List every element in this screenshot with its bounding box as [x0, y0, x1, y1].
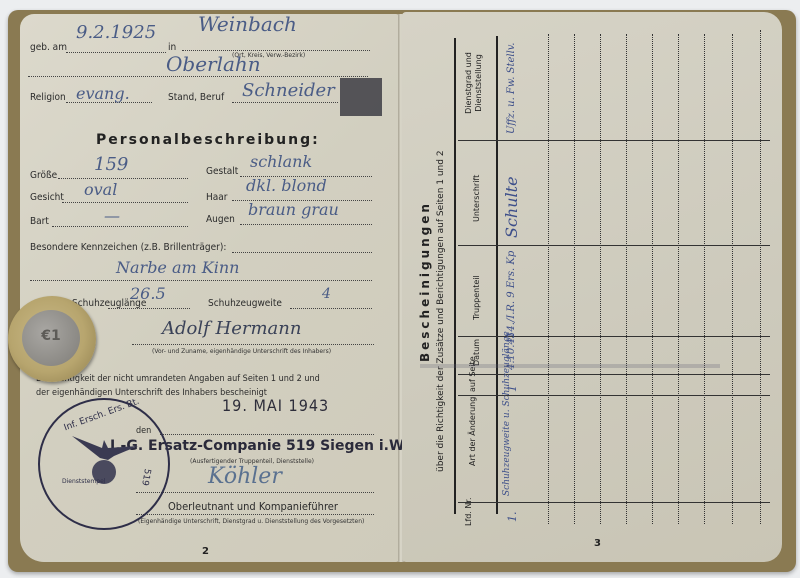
dotted-line [58, 178, 188, 179]
hair-value: dkl. blond [246, 176, 327, 195]
religion-label: Religion [30, 92, 66, 103]
dotted-line [232, 252, 372, 253]
officer-rank: Oberleutnant und Kompanieführer [168, 500, 338, 513]
page-number-left: 2 [202, 546, 209, 557]
special-marks-value: Narbe am Kinn [116, 258, 239, 277]
dotted-line [290, 308, 372, 309]
column-header-dienstgrad: Dienstgrad und Dienststellung [464, 38, 484, 128]
dotted-line [232, 102, 338, 103]
row-1-truppenteil: 14./I.R. 9 Ers. Kp [506, 251, 517, 338]
ruled-line [732, 34, 733, 524]
dotted-line [136, 514, 374, 515]
ruled-line [704, 34, 705, 524]
coin-center: €1 [22, 310, 80, 366]
official-circle-stamp: Inf. Ersch. Ers. Bt. Dienststempel 519 [38, 398, 170, 530]
redaction-block [340, 78, 382, 116]
face-label: Gesicht [30, 192, 64, 203]
build-label: Gestalt [206, 166, 238, 177]
eyes-label: Augen [206, 214, 235, 225]
ruled-line [760, 30, 761, 524]
row-1-unterschrift: Schulte [502, 176, 521, 238]
birth-date-value: 9.2.1925 [76, 22, 156, 43]
ruled-line [626, 34, 627, 524]
birth-region-value: Oberlahn [166, 52, 261, 76]
occupation-label: Stand, Beruf [168, 92, 224, 103]
ruled-line [678, 34, 679, 524]
column-header-datum: Datum [472, 339, 482, 366]
shoe-width-label: Schuhzeugweite [208, 298, 282, 309]
column-header-nr: Lfd. Nr. [464, 497, 474, 526]
dotted-line [52, 226, 188, 227]
shoe-width-value: 4 [322, 286, 331, 302]
height-label: Größe [30, 170, 57, 181]
occupation-value: Schneider [242, 80, 335, 101]
beard-label: Bart [30, 216, 49, 227]
pencil-smudge [420, 364, 720, 368]
religion-value: evang. [76, 84, 130, 103]
column-header-truppenteil: Truppenteil [472, 275, 482, 320]
officer-signature: Köhler [208, 464, 282, 489]
shoe-length-value: 26.5 [130, 284, 166, 303]
holder-signature-hint: (Vor- und Zuname, eigenhändige Unterschr… [152, 348, 331, 355]
dotted-line [136, 492, 374, 493]
stamp-side-text: 519 [139, 468, 152, 487]
dotted-line [28, 76, 368, 77]
eyes-value: braun grau [248, 200, 339, 219]
right-page [402, 12, 782, 562]
row-separator [458, 502, 770, 503]
hair-label: Haar [206, 192, 228, 203]
face-value: oval [84, 180, 117, 199]
table-left-border [454, 38, 456, 514]
stamp-date: 19. MAI 1943 [222, 396, 329, 415]
build-value: schlank [250, 152, 312, 171]
row-separator [458, 245, 770, 246]
ruled-line [652, 34, 653, 524]
dotted-line [160, 434, 374, 435]
ruled-line [548, 34, 549, 524]
column-header-art: Art der Änderung [468, 397, 478, 466]
ruled-line [600, 34, 601, 524]
birth-place-value: Weinbach [198, 12, 297, 36]
row-1-dienstgrad: Uffz. u. Fw. Stellv. [506, 43, 517, 134]
right-page-subtitle: über die Richtigkeit der Zusätze und Ber… [436, 150, 446, 472]
page-number-right: 3 [594, 538, 601, 549]
coin-face-text: €1 [22, 328, 80, 344]
certification-text-line-1: Die Richtigkeit der nicht umrandeten Ang… [36, 374, 320, 384]
column-header-unterschrift: Unterschrift [472, 175, 482, 222]
special-marks-label: Besondere Kennzeichen (z.B. Brillenträge… [30, 242, 226, 253]
ruled-line [574, 34, 575, 524]
row-1-seite: 1 [506, 385, 519, 392]
table-header-separator [496, 36, 498, 514]
dotted-line [62, 202, 188, 203]
euro-coin: €1 [8, 296, 96, 382]
holder-signature: Adolf Hermann [162, 318, 301, 339]
stamp-inner-text: Dienststempel [62, 478, 105, 485]
row-separator [458, 140, 770, 141]
birth-date-label: geb. am [30, 42, 67, 53]
row-1-nr: 1. [506, 512, 519, 523]
height-value: 159 [94, 154, 128, 175]
dotted-line [182, 50, 370, 51]
beard-value: — [104, 206, 120, 225]
dotted-line [30, 280, 372, 281]
dotted-line [108, 308, 190, 309]
dotted-line [66, 52, 166, 53]
right-page-title: Bescheinigungen [418, 201, 432, 362]
officer-hint: (Eigenhändige Unterschrift, Dienstgrad u… [138, 518, 364, 525]
description-title: Personalbeschreibung: [96, 132, 320, 148]
dotted-line [132, 344, 374, 345]
dotted-line [240, 224, 372, 225]
